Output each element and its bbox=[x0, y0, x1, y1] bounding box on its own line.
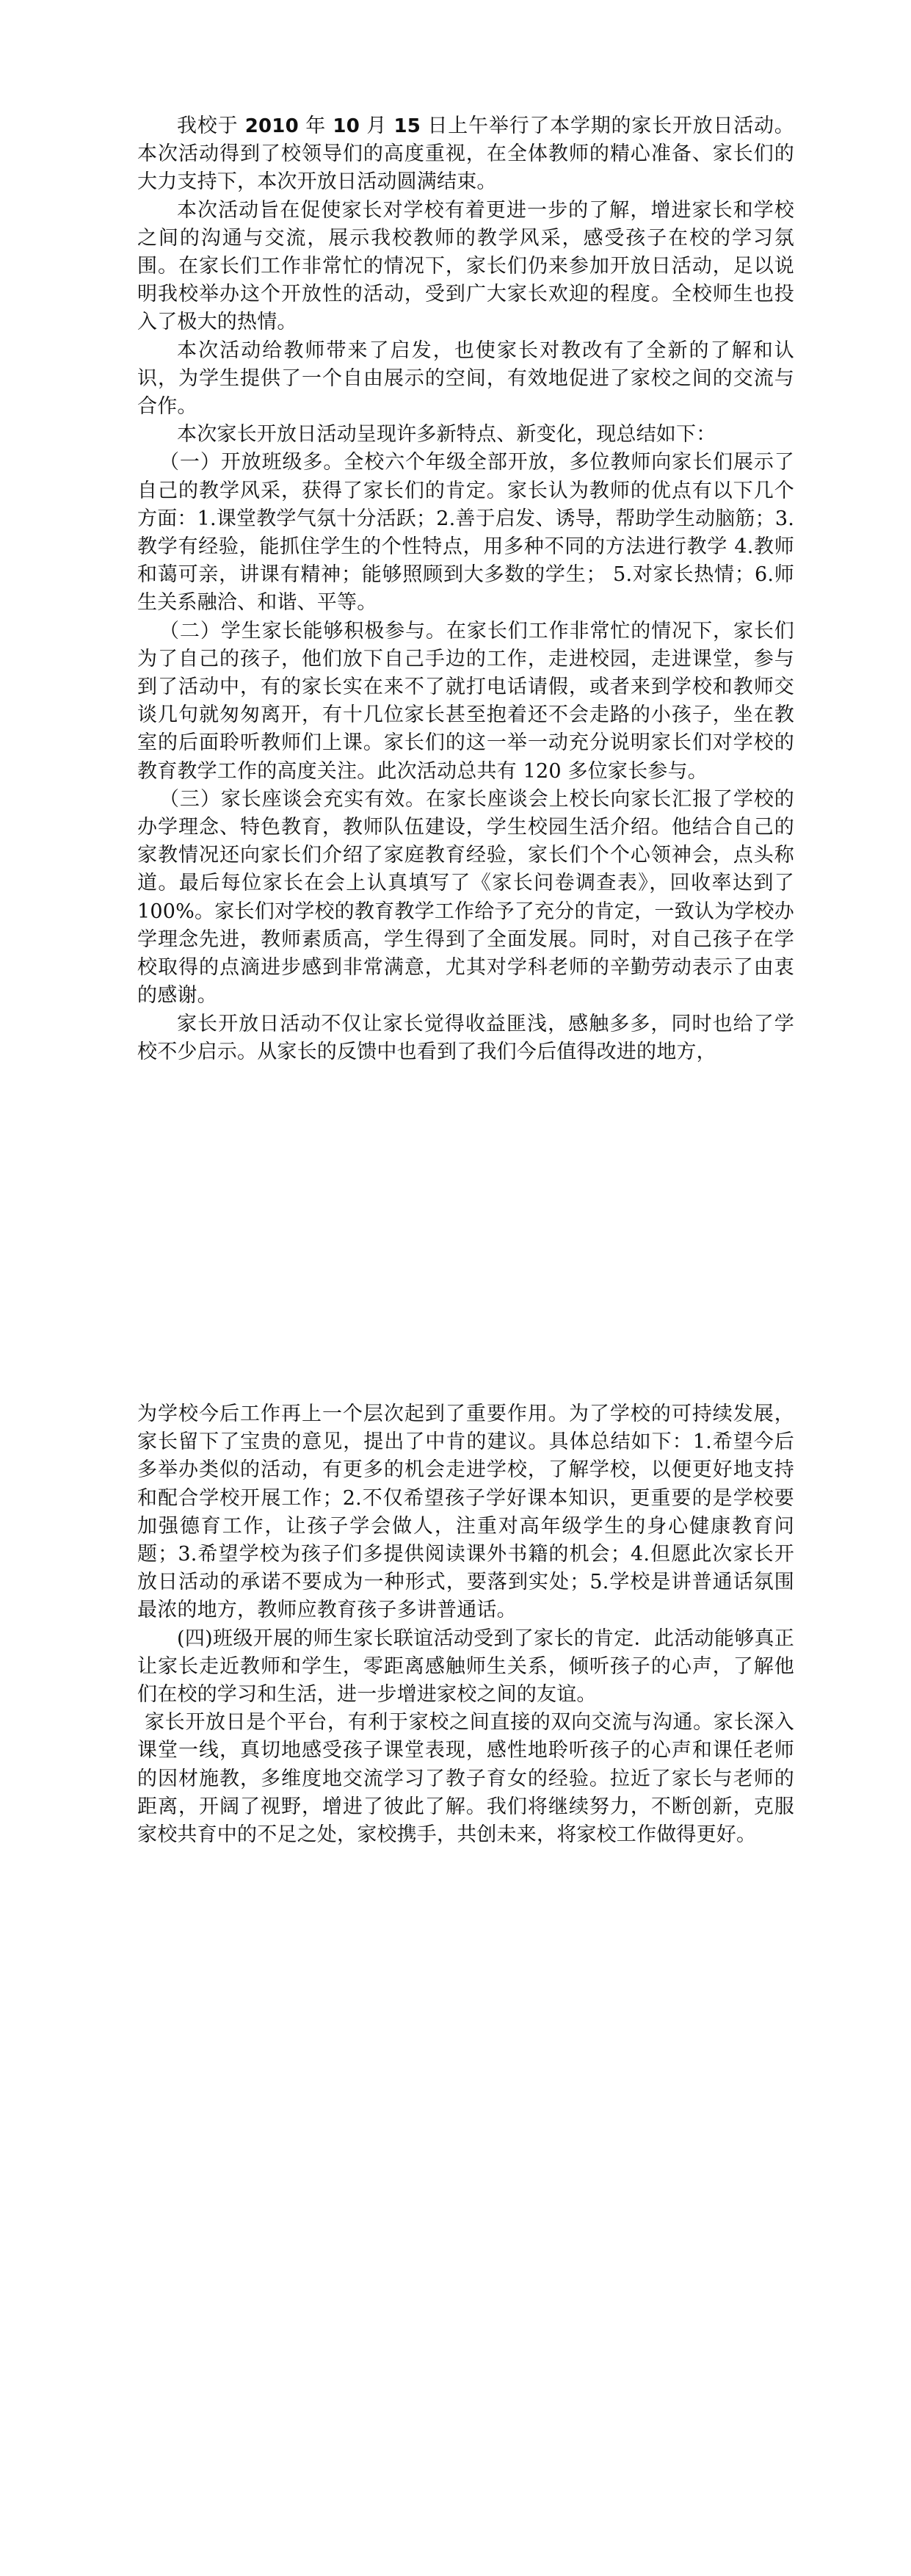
paragraph-section-4: (四)班级开展的师生家长联谊活动受到了家长的肯定．此活动能够真正让家长走近教师和… bbox=[137, 1625, 794, 1710]
paragraph-section-2: （二）学生家长能够积极参与。在家长们工作非常忙的情况下，家长们为了自己的孩子，他… bbox=[137, 618, 794, 786]
paragraph-inspiration: 本次活动给教师带来了启发，也使家长对教改有了全新的了解和认识，为学生提供了一个自… bbox=[137, 337, 794, 422]
document-page-1: 我校于 2010 年 10 月 15 日上午举行了本学期的家长开放日活动。本次活… bbox=[137, 112, 794, 1066]
paragraph-conclusion: 家长开放日是个平台，有利于家校之间直接的双向交流与沟通。家长深入课堂一线，真切地… bbox=[137, 1709, 794, 1849]
intro-paragraph: 我校于 2010 年 10 月 15 日上午举行了本学期的家长开放日活动。本次活… bbox=[137, 112, 794, 197]
paragraph-purpose: 本次活动旨在促使家长对学校有着更进一步的了解，增进家长和学校之间的沟通与交流，展… bbox=[137, 197, 794, 337]
intro-text: 年 bbox=[299, 115, 333, 137]
intro-text: 月 bbox=[360, 115, 394, 137]
intro-prefix: 我校于 bbox=[177, 115, 245, 137]
paragraph-section-3: （三）家长座谈会充实有效。在家长座谈会上校长向家长汇报了学校的办学理念、特色教育… bbox=[137, 786, 794, 1010]
paragraph-feedback: 家长开放日活动不仅让家长觉得收益匪浅，感触多多，同时也给了学校不少启示。从家长的… bbox=[137, 1010, 794, 1066]
year-value: 2010 bbox=[245, 115, 299, 137]
paragraph-suggestions: 为学校今后工作再上一个层次起到了重要作用。为了学校的可持续发展，家长留下了宝贵的… bbox=[137, 1400, 794, 1625]
document-page-2: 为学校今后工作再上一个层次起到了重要作用。为了学校的可持续发展，家长留下了宝贵的… bbox=[137, 1400, 794, 1849]
day-value: 15 bbox=[394, 115, 421, 137]
paragraph-section-1: （一）开放班级多。全校六个年级全部开放，多位教师向家长们展示了自己的教学风采，获… bbox=[137, 449, 794, 617]
month-value: 10 bbox=[333, 115, 360, 137]
paragraph-summary-intro: 本次家长开放日活动呈现许多新特点、新变化，现总结如下： bbox=[137, 421, 794, 449]
